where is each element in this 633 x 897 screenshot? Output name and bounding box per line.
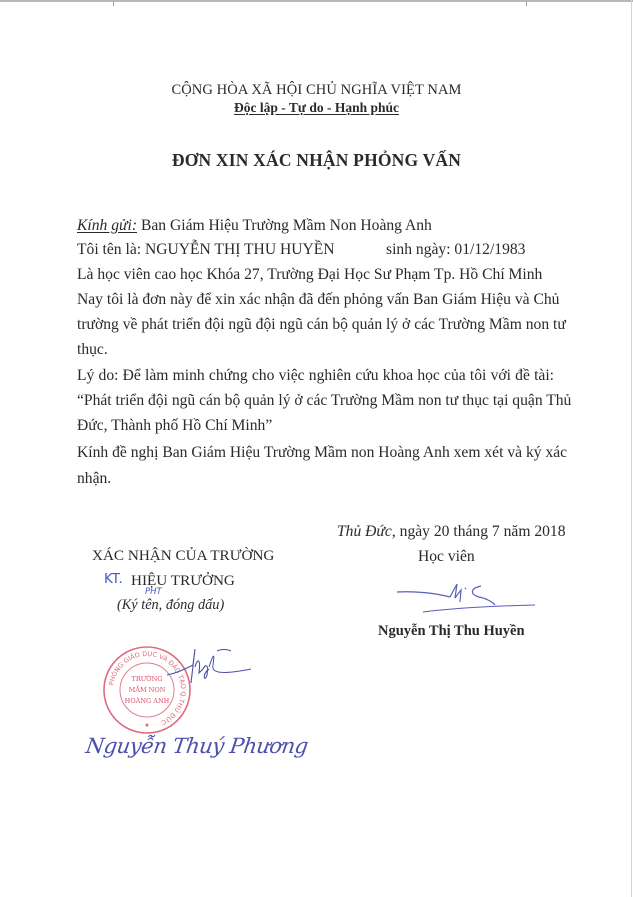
date: , ngày 20 tháng 7 năm 2018 — [392, 523, 566, 540]
place: Thủ Đức — [337, 523, 392, 540]
reason-line: “Phát triển đội ngũ cán bộ quản lý ở các… — [77, 392, 554, 410]
reason-line: Lý do: Để làm minh chứng cho việc nghiên… — [77, 367, 554, 385]
recipient: Ban Giám Hiệu Trường Mầm Non Hoàng Anh — [141, 217, 432, 234]
closing-line: Kính đề nghị Ban Giám Hiệu Trường Mầm no… — [77, 444, 554, 462]
document-title: ĐƠN XIN XÁC NHẬN PHỎNG VẤN — [0, 150, 633, 171]
principal-signature — [165, 645, 255, 695]
reason-line: Đức, Thành phố Hồ Chí Minh” — [77, 417, 554, 435]
request-line: trường về phát triển đội ngũ đội ngũ cán… — [77, 316, 554, 334]
student-signature — [395, 578, 545, 618]
name-line: Tôi tên là: NGUYỄN THỊ THU HUYỀN sinh ng… — [77, 241, 557, 259]
pht-handwritten: PHT — [145, 587, 162, 597]
scan-top-edge — [0, 0, 633, 2]
request-line: Nay tôi là đơn này để xin xác nhận đã đế… — [77, 291, 554, 309]
student-role: Học viên — [418, 548, 475, 566]
request-line: thục. — [77, 341, 554, 359]
student-line: Là học viên cao học Khóa 27, Trường Đại … — [77, 266, 542, 284]
closing-line: nhận. — [77, 470, 554, 488]
confirmation-title: XÁC NHẬN CỦA TRƯỜNG — [92, 547, 274, 565]
principal-handwritten-name: Nguyễn Thuý Phương — [84, 734, 309, 758]
sign-instruction: (Ký tên, đóng dấu) — [117, 597, 224, 614]
svg-text:MẦM NON: MẦM NON — [129, 684, 166, 694]
scan-mark — [526, 2, 527, 6]
applicant-name: Tôi tên là: NGUYỄN THỊ THU HUYỀN — [77, 241, 335, 258]
svg-text:TRƯỜNG: TRƯỜNG — [132, 674, 163, 683]
place-date: Thủ Đức, ngày 20 tháng 7 năm 2018 — [337, 523, 566, 541]
date-of-birth: sinh ngày: 01/12/1983 — [386, 241, 525, 259]
recipient-line: Kính gửi: Ban Giám Hiệu Trường Mầm Non H… — [77, 217, 432, 235]
national-motto: Độc lập - Tự do - Hạnh phúc — [0, 100, 633, 116]
svg-text:★: ★ — [144, 722, 149, 729]
svg-text:HOÀNG ANH: HOÀNG ANH — [125, 696, 170, 705]
scan-mark — [113, 2, 114, 6]
recipient-label: Kính gửi: — [77, 217, 137, 234]
scan-right-edge — [631, 0, 632, 897]
national-header: CỘNG HÒA XÃ HỘI CHỦ NGHĨA VIỆT NAM — [0, 82, 633, 99]
student-printed-name: Nguyễn Thị Thu Huyền — [378, 623, 525, 640]
kt-handwritten: KT. — [104, 571, 123, 587]
